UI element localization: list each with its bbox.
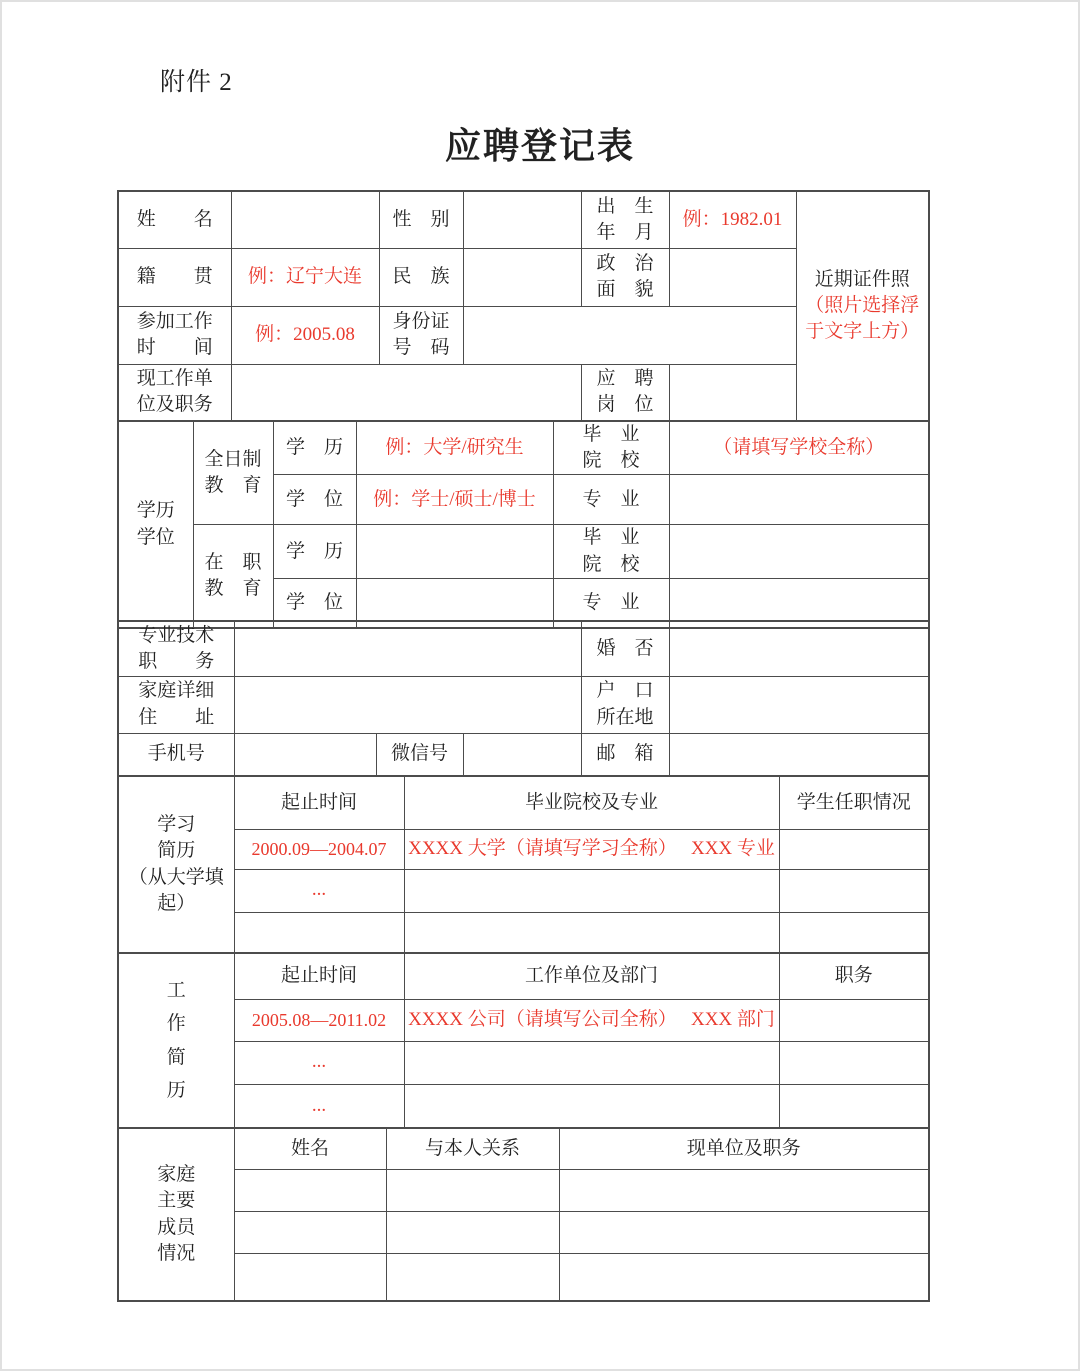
study-role-input-cell[interactable]	[779, 912, 929, 953]
family-name-input-cell[interactable]	[234, 1211, 386, 1253]
family-row	[118, 1253, 929, 1301]
work-row: ...	[118, 1084, 929, 1128]
study-role-input-cell[interactable]	[779, 869, 929, 912]
fulltime-education-label: 全日制 教 育	[193, 421, 273, 525]
family-employer-input-cell[interactable]	[559, 1169, 929, 1211]
fulltime-school-label: 毕 业 院 校	[553, 421, 669, 475]
fulltime-major-label: 专 业	[553, 475, 669, 525]
page-title: 应聘登记表	[0, 118, 1080, 169]
mobile-input-cell[interactable]	[234, 733, 376, 776]
study-period-input-cell[interactable]: ...	[234, 869, 404, 912]
married-input-cell[interactable]	[669, 621, 929, 676]
work-section-label: 工 作 简 历	[118, 953, 234, 1128]
birth-example[interactable]: 例：1982.01	[669, 191, 796, 248]
work-start-example[interactable]: 例：2005.08	[231, 306, 379, 364]
family-relation-input-cell[interactable]	[386, 1253, 559, 1301]
family-header-employer: 现单位及职务	[559, 1128, 929, 1169]
family-members-table: 家庭 主要 成员 情况 姓名 与本人关系 现单位及职务	[117, 1127, 930, 1302]
name-input-cell[interactable]	[231, 191, 379, 248]
work-header-period: 起止时间	[234, 953, 404, 999]
married-label: 婚 否	[581, 621, 669, 676]
onjob-degree-label: 学 历	[273, 525, 356, 578]
fulltime-degree-label: 学 历	[273, 421, 356, 475]
fulltime-diploma-example[interactable]: 例：学士/硕士/博士	[356, 475, 553, 525]
study-header-role: 学生任职情况	[779, 776, 929, 829]
study-school-example[interactable]: XXXX 大学（请填写学习全称） XXX 专业	[404, 829, 779, 869]
political-status-label: 政 治 面 貌	[581, 248, 669, 306]
family-row	[118, 1211, 929, 1253]
study-period-input-cell[interactable]	[234, 912, 404, 953]
study-school-input-cell[interactable]	[404, 912, 779, 953]
applied-position-input-cell[interactable]	[669, 364, 796, 421]
photo-placeholder-cell[interactable]: 近期证件照（照片选择浮 于文字上方）	[796, 191, 929, 421]
work-period-example[interactable]: 2005.08—2011.02	[234, 999, 404, 1041]
registry-input-cell[interactable]	[669, 676, 929, 733]
native-place-example[interactable]: 例：辽宁大连	[231, 248, 379, 306]
work-company-example[interactable]: XXXX 公司（请填写公司全称） XXX 部门	[404, 999, 779, 1041]
onjob-school-label: 毕 业 院 校	[553, 525, 669, 578]
study-period-example[interactable]: 2000.09—2004.07	[234, 829, 404, 869]
onjob-school-input-cell[interactable]	[669, 525, 929, 578]
study-row: ...	[118, 869, 929, 912]
wechat-label: 微信号	[376, 733, 463, 776]
form-page: 附件 2 应聘登记表 姓 名 性 别 出 生 年 月 例：1982.01 近期证…	[0, 0, 1080, 1371]
current-employer-label: 现工作单 位及职务	[118, 364, 231, 421]
name-label: 姓 名	[118, 191, 231, 248]
work-company-input-cell[interactable]	[404, 1084, 779, 1128]
work-row: ...	[118, 1041, 929, 1084]
family-section-label: 家庭 主要 成员 情况	[118, 1128, 234, 1301]
work-position-input-cell[interactable]	[779, 999, 929, 1041]
work-period-input-cell[interactable]: ...	[234, 1084, 404, 1128]
professional-title-label: 专业技术 职 务	[118, 621, 234, 676]
study-row: 2000.09—2004.07 XXXX 大学（请填写学习全称） XXX 专业	[118, 829, 929, 869]
applied-position-label: 应 聘 岗 位	[581, 364, 669, 421]
family-header-name: 姓名	[234, 1128, 386, 1169]
ethnicity-label: 民 族	[379, 248, 463, 306]
family-header-relation: 与本人关系	[386, 1128, 559, 1169]
basic-info-table: 姓 名 性 别 出 生 年 月 例：1982.01 近期证件照（照片选择浮 于文…	[117, 190, 930, 422]
family-name-input-cell[interactable]	[234, 1253, 386, 1301]
study-history-table: 学习 简历 （从大学填 起） 起止时间 毕业院校及专业 学生任职情况 2000.…	[117, 775, 930, 954]
education-table: 学历 学位 全日制 教 育 学 历 例：大学/研究生 毕 业 院 校 （请填写学…	[117, 420, 930, 629]
study-row	[118, 912, 929, 953]
birth-label: 出 生 年 月	[581, 191, 669, 248]
family-employer-input-cell[interactable]	[559, 1211, 929, 1253]
photo-note: （照片选择浮 于文字上方）	[799, 293, 927, 345]
native-place-label: 籍 贯	[118, 248, 231, 306]
fulltime-major-input-cell[interactable]	[669, 475, 929, 525]
study-section-label: 学习 简历 （从大学填 起）	[118, 776, 234, 953]
study-role-input-cell[interactable]	[779, 829, 929, 869]
family-employer-input-cell[interactable]	[559, 1253, 929, 1301]
photo-title: 近期证件照	[815, 269, 910, 290]
education-section-label: 学历 学位	[118, 421, 193, 628]
work-header-company: 工作单位及部门	[404, 953, 779, 999]
family-relation-input-cell[interactable]	[386, 1169, 559, 1211]
study-school-input-cell[interactable]	[404, 869, 779, 912]
ethnicity-input-cell[interactable]	[463, 248, 581, 306]
wechat-input-cell[interactable]	[463, 733, 581, 776]
study-header-period: 起止时间	[234, 776, 404, 829]
attachment-label: 附件 2	[160, 62, 233, 98]
work-position-input-cell[interactable]	[779, 1084, 929, 1128]
id-number-input-cell[interactable]	[463, 306, 796, 364]
family-relation-input-cell[interactable]	[386, 1211, 559, 1253]
political-status-input-cell[interactable]	[669, 248, 796, 306]
work-row: 2005.08—2011.02 XXXX 公司（请填写公司全称） XXX 部门	[118, 999, 929, 1041]
onjob-degree-input-cell[interactable]	[356, 525, 553, 578]
family-row	[118, 1169, 929, 1211]
professional-title-input-cell[interactable]	[234, 621, 581, 676]
home-address-label: 家庭详细 住 址	[118, 676, 234, 733]
fulltime-diploma-label: 学 位	[273, 475, 356, 525]
registry-label: 户 口 所在地	[581, 676, 669, 733]
family-name-input-cell[interactable]	[234, 1169, 386, 1211]
email-input-cell[interactable]	[669, 733, 929, 776]
work-period-input-cell[interactable]: ...	[234, 1041, 404, 1084]
onjob-education-label: 在 职 教 育	[193, 525, 273, 628]
study-header-school: 毕业院校及专业	[404, 776, 779, 829]
id-number-label: 身份证 号 码	[379, 306, 463, 364]
work-history-table: 工 作 简 历 起止时间 工作单位及部门 职务 2005.08—2011.02 …	[117, 952, 930, 1129]
work-company-input-cell[interactable]	[404, 1041, 779, 1084]
fulltime-school-example[interactable]: （请填写学校全称）	[669, 421, 929, 475]
work-position-input-cell[interactable]	[779, 1041, 929, 1084]
current-employer-input-cell[interactable]	[231, 364, 581, 421]
contact-table: 专业技术 职 务 婚 否 家庭详细 住 址 户 口 所在地 手机号 微信号 邮 …	[117, 620, 930, 777]
gender-input-cell[interactable]	[463, 191, 581, 248]
home-address-input-cell[interactable]	[234, 676, 581, 733]
email-label: 邮 箱	[581, 733, 669, 776]
fulltime-degree-example[interactable]: 例：大学/研究生	[356, 421, 553, 475]
gender-label: 性 别	[379, 191, 463, 248]
mobile-label: 手机号	[118, 733, 234, 776]
work-start-label: 参加工作 时 间	[118, 306, 231, 364]
work-header-position: 职务	[779, 953, 929, 999]
